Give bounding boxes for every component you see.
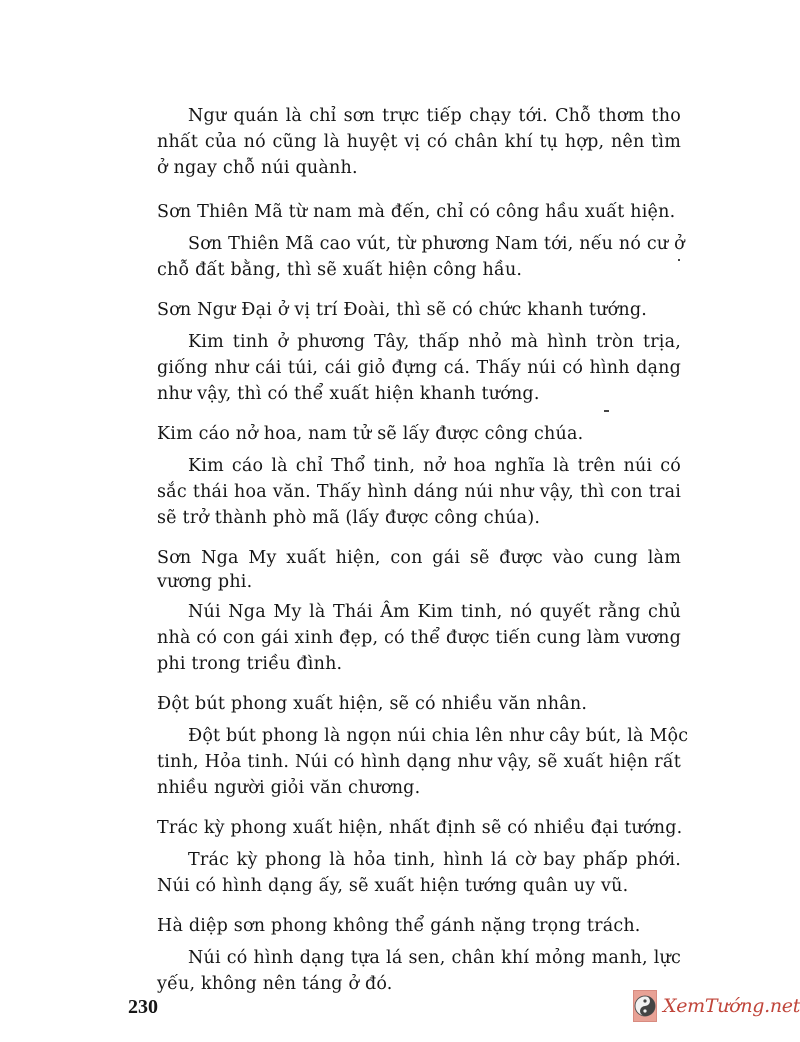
paragraph-line: Núi có hình dạng tựa lá sen, chân khí mỏ… <box>157 946 681 970</box>
section-heading: Sơn Thiên Mã từ nam mà đến, chỉ có công … <box>157 200 681 224</box>
paragraph-line: sẽ trở thành phò mã (lấy được công chúa)… <box>157 506 681 530</box>
section-heading: vương phi. <box>157 570 681 594</box>
page-number: 230 <box>128 996 158 1019</box>
paragraph-line: tinh, Hỏa tinh. Núi có hình dạng như vậy… <box>157 750 681 774</box>
section-heading: Sơn Nga My xuất hiện, con gái sẽ được và… <box>157 546 681 570</box>
paragraph-line: Ngư quán là chỉ sơn trực tiếp chạy tới. … <box>157 104 681 128</box>
paragraph-line: Núi Nga My là Thái Âm Kim tinh, nó quyết… <box>157 600 681 624</box>
paragraph-line: nhất của nó cũng là huyệt vị có chân khí… <box>157 130 681 154</box>
paragraph-line: Trác kỳ phong là hỏa tinh, hình lá cờ ba… <box>157 848 681 872</box>
scan-speck <box>604 410 609 412</box>
paragraph-line: Núi có hình dạng ấy, sẽ xuất hiện tướng … <box>157 874 681 898</box>
section-heading: Hà diệp sơn phong không thể gánh nặng tr… <box>157 914 681 938</box>
watermark-logo: XemTướng.net <box>633 990 793 1022</box>
paragraph-line: Sơn Thiên Mã cao vút, từ phương Nam tới,… <box>157 232 681 256</box>
yin-yang-icon <box>633 990 657 1022</box>
paragraph-line: Kim cáo là chỉ Thổ tinh, nở hoa nghĩa là… <box>157 454 681 478</box>
paragraph-line: sắc thái hoa văn. Thấy hình dáng núi như… <box>157 480 681 504</box>
paragraph-line: chỗ đất bằng, thì sẽ xuất hiện công hầu. <box>157 258 681 282</box>
watermark-text: XemTướng.net <box>663 995 800 1017</box>
paragraph-line: giống như cái túi, cái giỏ đựng cá. Thấy… <box>157 356 681 380</box>
section-heading: Sơn Ngư Đại ở vị trí Đoài, thì sẽ có chứ… <box>157 298 681 322</box>
paragraph-line: như vậy, thì có thể xuất hiện khanh tướn… <box>157 382 681 406</box>
paragraph-line: nhà có con gái xinh đẹp, có thể được tiế… <box>157 626 681 650</box>
paragraph-line: ở ngay chỗ núi quành. <box>157 156 681 180</box>
paragraph-line: phi trong triều đình. <box>157 652 681 676</box>
paragraph-line: yếu, không nên táng ở đó. <box>157 972 681 996</box>
scan-speck <box>678 259 680 261</box>
section-heading: Đột bút phong xuất hiện, sẽ có nhiều văn… <box>157 692 681 716</box>
paragraph-line: nhiều người giỏi văn chương. <box>157 776 681 800</box>
paragraph-line: Kim tinh ở phương Tây, thấp nhỏ mà hình … <box>157 330 681 354</box>
paragraph-line: Đột bút phong là ngọn núi chia lên như c… <box>157 724 681 748</box>
section-heading: Trác kỳ phong xuất hiện, nhất định sẽ có… <box>157 816 681 840</box>
section-heading: Kim cáo nở hoa, nam tử sẽ lấy được công … <box>157 422 681 446</box>
